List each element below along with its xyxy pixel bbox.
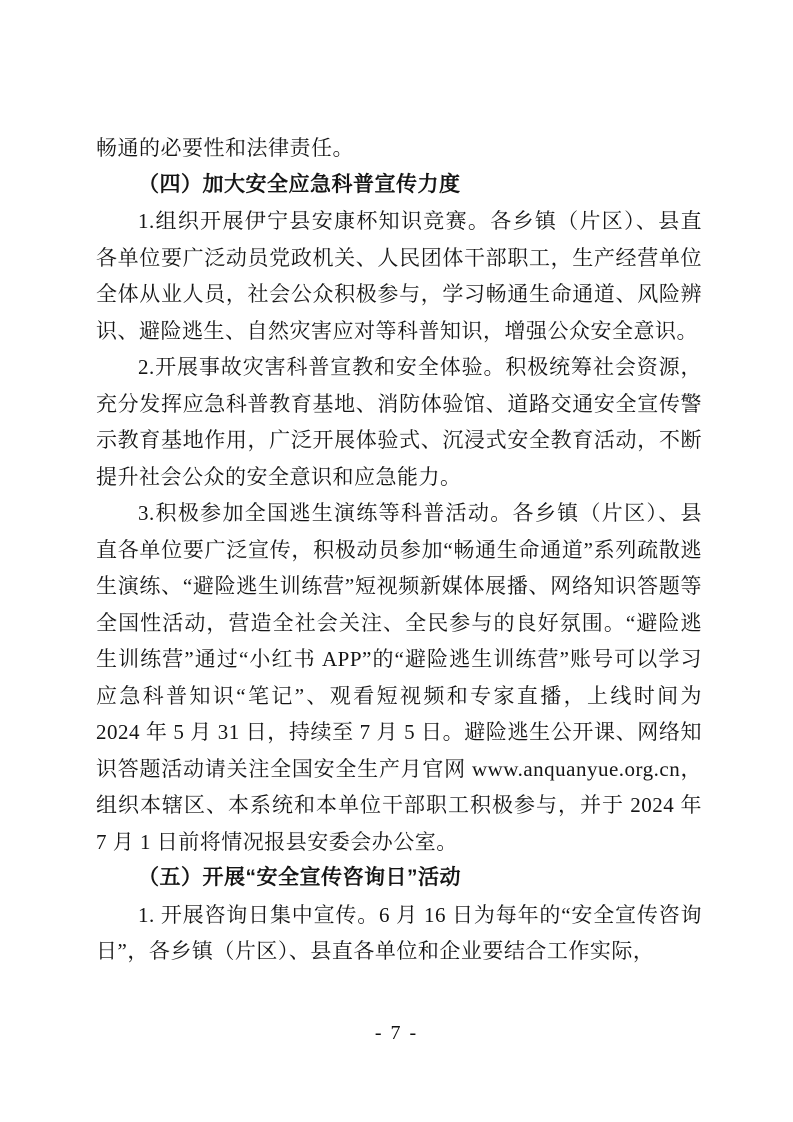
page-number: - 7 - [0, 1022, 793, 1045]
paragraph-item-2: 2.开展事故灾害科普宣教和安全体验。积极统筹社会资源，充分发挥应急科普教育基地、… [96, 349, 702, 495]
section-heading-5: （五）开展“安全宣传咨询日”活动 [96, 860, 702, 897]
section-heading-4: （四）加大安全应急科普宣传力度 [96, 167, 702, 204]
paragraph-item-3: 3.积极参加全国逃生演练等科普活动。各乡镇（片区）、县直各单位要广泛宣传，积极动… [96, 495, 702, 860]
paragraph-item-1: 1.组织开展伊宁县安康杯知识竞赛。各乡镇（片区）、县直各单位要广泛动员党政机关、… [96, 203, 702, 349]
paragraph-item-4: 1. 开展咨询日集中宣传。6 月 16 日为每年的“安全宣传咨询日”，各乡镇（片… [96, 897, 702, 970]
document-body: 畅通的必要性和法律责任。 （四）加大安全应急科普宣传力度 1.组织开展伊宁县安康… [96, 130, 702, 970]
paragraph-continuation: 畅通的必要性和法律责任。 [96, 130, 702, 167]
document-page: 畅通的必要性和法律责任。 （四）加大安全应急科普宣传力度 1.组织开展伊宁县安康… [0, 0, 793, 1122]
